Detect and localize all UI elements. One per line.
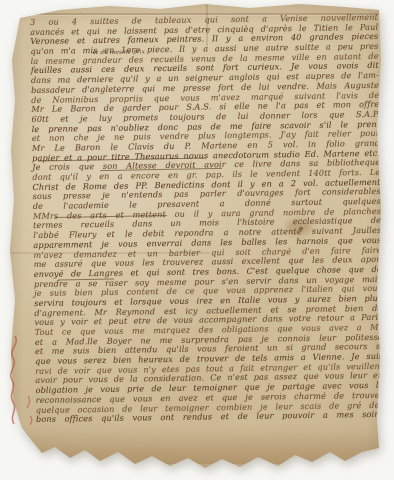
torn-edge-shading: [0, 430, 394, 464]
handwriting-text: 3 ou 4 suittes de tableaux qui sont a Ve…: [30, 13, 384, 425]
manuscript-photo: { "document": { "kind": "handwritten let…: [0, 0, 394, 480]
paper-shadow: 3 ou 4 suittes de tableaux qui sont a Ve…: [0, 0, 394, 480]
interlinear-insertion: et du mesme prix: [92, 49, 145, 56]
paper-sheet: 3 ou 4 suittes de tableaux qui sont a Ve…: [0, 0, 394, 480]
